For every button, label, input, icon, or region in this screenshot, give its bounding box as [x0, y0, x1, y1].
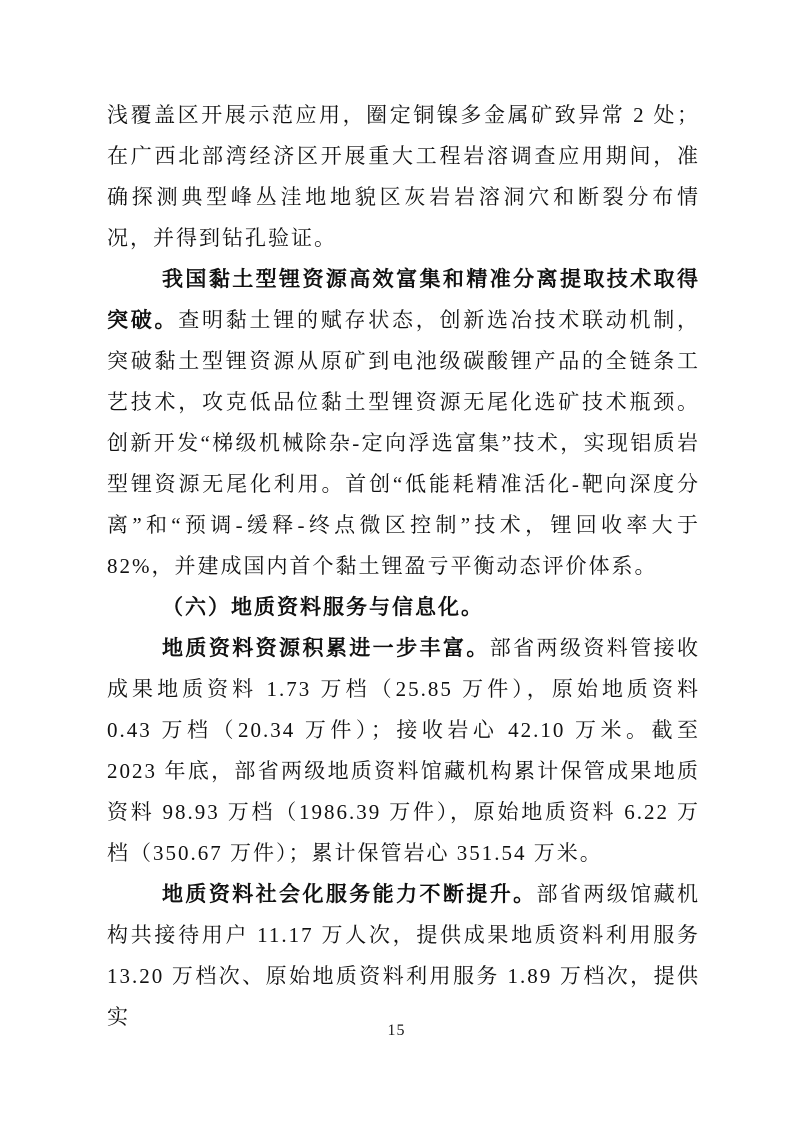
paragraph-continuation: 浅覆盖区开展示范应用，圈定铜镍多金属矿致异常 2 处；在广西北部湾经济区开展重大… — [107, 95, 700, 259]
page-number: 15 — [388, 1022, 406, 1039]
paragraph-body-text: 浅覆盖区开展示范应用，圈定铜镍多金属矿致异常 2 处；在广西北部湾经济区开展重大… — [107, 103, 700, 250]
section-heading-6: （六）地质资料服务与信息化。 — [107, 587, 700, 628]
paragraph-lead-bold: 地质资料社会化服务能力不断提升。 — [162, 882, 537, 906]
document-body: 浅覆盖区开展示范应用，圈定铜镍多金属矿致异常 2 处；在广西北部湾经济区开展重大… — [107, 95, 700, 1038]
paragraph-body-text: 部省两级资料管接收成果地质资料 1.73 万档（25.85 万件），原始地质资料… — [107, 636, 700, 865]
paragraph-data-accumulation: 地质资料资源积累进一步丰富。部省两级资料管接收成果地质资料 1.73 万档（25… — [107, 628, 700, 874]
page-footer: 15 — [0, 1022, 793, 1040]
paragraph-lithium-tech: 我国黏土型锂资源高效富集和精准分离提取技术取得突破。查明黏土锂的赋存状态，创新选… — [107, 259, 700, 587]
paragraph-lead-bold: 地质资料资源积累进一步丰富。 — [162, 636, 490, 660]
section-heading-text: （六）地质资料服务与信息化。 — [162, 595, 484, 619]
document-page: 浅覆盖区开展示范应用，圈定铜镍多金属矿致异常 2 处；在广西北部湾经济区开展重大… — [0, 0, 793, 1122]
paragraph-service-capability: 地质资料社会化服务能力不断提升。部省两级馆藏机构共接待用户 11.17 万人次，… — [107, 874, 700, 1038]
paragraph-body-text: 查明黏土锂的赋存状态，创新选冶技术联动机制，突破黏土型锂资源从原矿到电池级碳酸锂… — [107, 308, 700, 578]
